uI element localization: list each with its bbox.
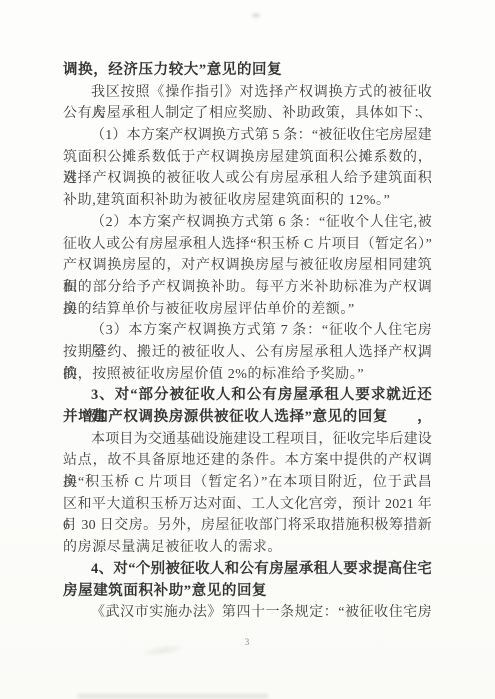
text-line-0: 调换，经济压力较大”意见的回复 xyxy=(63,60,432,82)
text-line-23: 4、对“个别被征收人和公有房屋承租人要求提高住宅 xyxy=(63,559,432,581)
text-line-19: 房“积玉桥 C 片项目（暂定名）”在本项目附近，位于武昌 xyxy=(63,472,432,494)
text-line-10: 积的部分给予产权调换补助。每平方米补助标准为产权调换 xyxy=(63,277,432,299)
text-line-12: （3）本方案产权调换方式第 7 条：“征收个人住宅房屋， xyxy=(63,320,432,342)
text-line-9: 产权调换房屋的，对产权调换房屋与被征收房屋相同建筑面 xyxy=(63,255,432,277)
text-line-4: 筑面积公摊系数低于产权调换房屋建筑面积公摊系数的，对 xyxy=(63,147,432,169)
text-line-3: （1）本方案产权调换方式第 5 条：“被征收住宅房屋建 xyxy=(63,125,432,147)
scan-artifact xyxy=(78,694,268,698)
text-line-1: 我区按照《操作指引》对选择产权调换方式的被征收人、 xyxy=(63,82,432,104)
text-line-24: 房屋建筑面积补助”意见的回复 xyxy=(63,581,432,603)
text-line-2: 公有房屋承租人制定了相应奖励、补助政策，具体如下： xyxy=(63,103,432,125)
document-page: 调换，经济压力较大”意见的回复 我区按照《操作指引》对选择产权调换方式的被征收人… xyxy=(0,0,495,699)
text-line-15: 3、对“部分被征收人和公有房屋承租人要求就近还建， xyxy=(63,385,432,407)
text-line-16: 并增加产权调换房源供被征收人选择”意见的回复 xyxy=(63,407,432,429)
text-line-20: 区和平大道积玉桥万达对面、工人文化宫旁，预计 2021 年 6 xyxy=(63,494,432,516)
document-body: 调换，经济压力较大”意见的回复 我区按照《操作指引》对选择产权调换方式的被征收人… xyxy=(63,60,432,624)
text-line-13: 按期签约、搬迁的被征收人、公有房屋承租人选择产权调换 xyxy=(63,342,432,364)
text-line-7: （2）本方案产权调换方式第 6 条：“征收个人住宅,被 xyxy=(63,212,432,234)
text-line-14: 的，按照被征收房屋价值 2%的标准给予奖励。” xyxy=(63,364,432,386)
text-line-22: 的房源尽量满足被征收人的需求。 xyxy=(63,537,432,559)
text-line-8: 征收人或公有房屋承租人选择“积玉桥 C 片项目（暂定名）” xyxy=(63,234,432,256)
text-line-25: 《武汉市实施办法》第四十一条规定：“被征收住宅房 xyxy=(63,602,432,624)
text-line-17: 本项目为交通基础设施建设工程项目，征收完毕后建设 xyxy=(63,429,432,451)
text-line-11: 房的结算单价与被征收房屋评估单价的差额。” xyxy=(63,299,432,321)
text-line-18: 站点，故不具备原地还建的条件。本方案中提供的产权调换 xyxy=(63,450,432,472)
text-line-5: 选择产权调换的被征收人或公有房屋承租人给予建筑面积 xyxy=(63,168,432,190)
page-number: 3 xyxy=(0,637,495,647)
text-line-21: 月 30 日交房。另外，房屋征收部门将采取措施积极筹措新 xyxy=(63,515,432,537)
scan-artifact xyxy=(250,12,262,19)
text-line-6: 补助,建筑面积补助为被征收房屋建筑面积的 12%。” xyxy=(63,190,432,212)
